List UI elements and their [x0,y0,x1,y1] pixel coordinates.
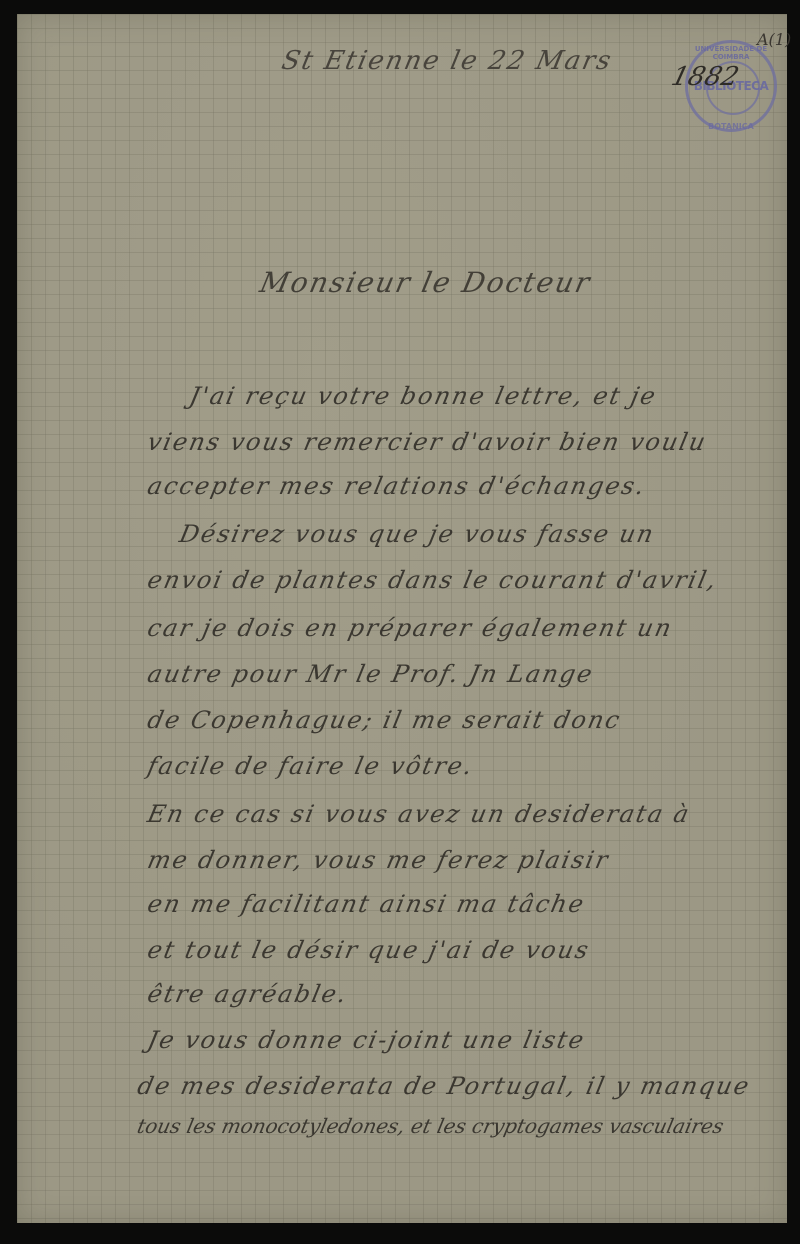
date-year: 1882 [668,62,742,92]
salutation: Monsieur le Docteur [257,266,594,299]
body-line: En ce cas si vous avez un desiderata à [145,800,693,828]
body-line: J'ai reçu votre bonne lettre, et je [187,382,660,410]
body-line: envoi de plantes dans le courant d'avril… [145,566,720,594]
body-line: de Copenhague; il me serait donc [145,706,624,734]
body-line: de mes desiderata de Portugal, il y manq… [135,1072,753,1100]
body-line: Désirez vous que je vous fasse un [177,520,658,548]
body-line: autre pour Mr le Prof. Jn Lange [145,660,597,688]
body-line: me donner, vous me ferez plaisir [145,846,612,874]
body-line: car je dois en préparer également un [145,614,676,642]
dateline: St Etienne le 22 Mars [279,46,615,76]
folio-mark: A(1) [757,30,791,49]
stamp-bottom-text: BOTANICA [688,122,774,131]
body-line: facile de faire le vôtre. [145,752,477,780]
body-line: Je vous donne ci-joint une liste [145,1026,588,1054]
body-line: viens vous remercier d'avoir bien voulu [145,428,710,456]
body-line: accepter mes relations d'échanges. [145,472,649,500]
body-line: et tout le désir que j'ai de vous [145,936,593,964]
body-line: être agréable. [145,980,351,1008]
letter-page: St Etienne le 22 Mars UNIVERSIDADE DE CO… [17,14,787,1223]
body-line: tous les monocotyledones, et les cryptog… [135,1114,726,1138]
body-line: en me facilitant ainsi ma tâche [145,890,588,918]
